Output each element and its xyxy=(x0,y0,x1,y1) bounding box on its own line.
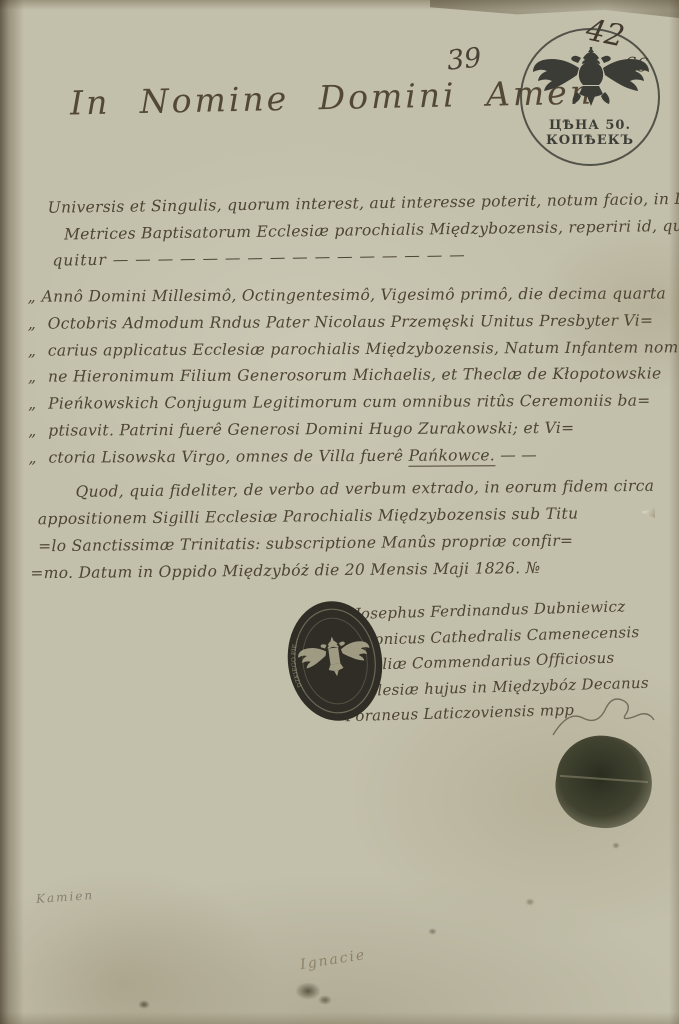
pencil-note-bottom-left: Kamien xyxy=(36,888,95,906)
pen-flourish xyxy=(548,690,658,740)
record-line: „carius applicatus Ecclesiæ parochialis … xyxy=(28,334,679,364)
foxing-stain xyxy=(138,1000,150,1009)
foxing-stain xyxy=(318,995,332,1005)
double-headed-eagle-icon xyxy=(531,46,651,118)
quote-margin-mark: „ xyxy=(28,418,48,445)
foxing-stain xyxy=(612,842,620,849)
revenue-stamp: ЦѢНА 50. КОПѢЕКЪ xyxy=(520,28,660,166)
stamp-price-text: ЦѢНА 50. xyxy=(522,118,658,133)
record-line: „ptisavit. Patrini fuerê Generosi Domini… xyxy=(28,414,679,444)
attestation-paragraph: Quod, quia fideliter, de verbo ad verbum… xyxy=(37,473,655,587)
stamp-currency-text: КОПѢЕКЪ xyxy=(522,133,658,148)
margin-number-39: 39 xyxy=(445,42,482,76)
quote-margin-mark: „ xyxy=(28,364,48,391)
document-title: In Nomine Domini Amen xyxy=(70,73,595,123)
quote-margin-mark: „ xyxy=(28,337,48,364)
record-line: „Annô Domini Millesimô, Octingentesimô, … xyxy=(28,280,679,310)
seal-eagle-icon: …DZKIEGO PIE… xyxy=(277,591,394,732)
foxing-stain xyxy=(428,928,437,935)
quote-margin-mark: „ xyxy=(28,284,42,311)
parish-ink-seal: …DZKIEGO PIE… xyxy=(277,591,394,732)
record-line: „Octobris Admodum Rndus Pater Nicolaus P… xyxy=(28,307,679,337)
village-name-underlined: Pańkowce. xyxy=(409,446,496,466)
record-line: „ctoria Lisowska Virgo, omnes de Villa f… xyxy=(28,441,679,471)
record-paragraph: „Annô Domini Millesimô, Octingentesimô, … xyxy=(28,280,679,471)
quote-margin-mark: „ xyxy=(28,444,48,471)
foxing-stain xyxy=(525,898,535,906)
foxing-stain xyxy=(295,982,321,1000)
quote-margin-mark: „ xyxy=(28,310,48,337)
record-line: „Pieńkowskich Conjugum Legitimorum cum o… xyxy=(28,387,679,417)
manuscript-page: In Nomine Domini Amen 39 42 66 ЦѢНА 50. … xyxy=(0,0,679,1024)
pencil-note-bottom-center: Ignacie xyxy=(299,947,367,973)
torn-paper-edge xyxy=(430,0,679,18)
attestation-date-line: =mo. Datum in Oppido Międzybóż die 20 Me… xyxy=(30,554,655,588)
intro-paragraph: Universis et Singulis, quorum interest, … xyxy=(47,185,679,274)
quote-margin-mark: „ xyxy=(28,391,48,418)
record-line: „ne Hieronimum Filium Generosorum Michae… xyxy=(28,361,679,391)
